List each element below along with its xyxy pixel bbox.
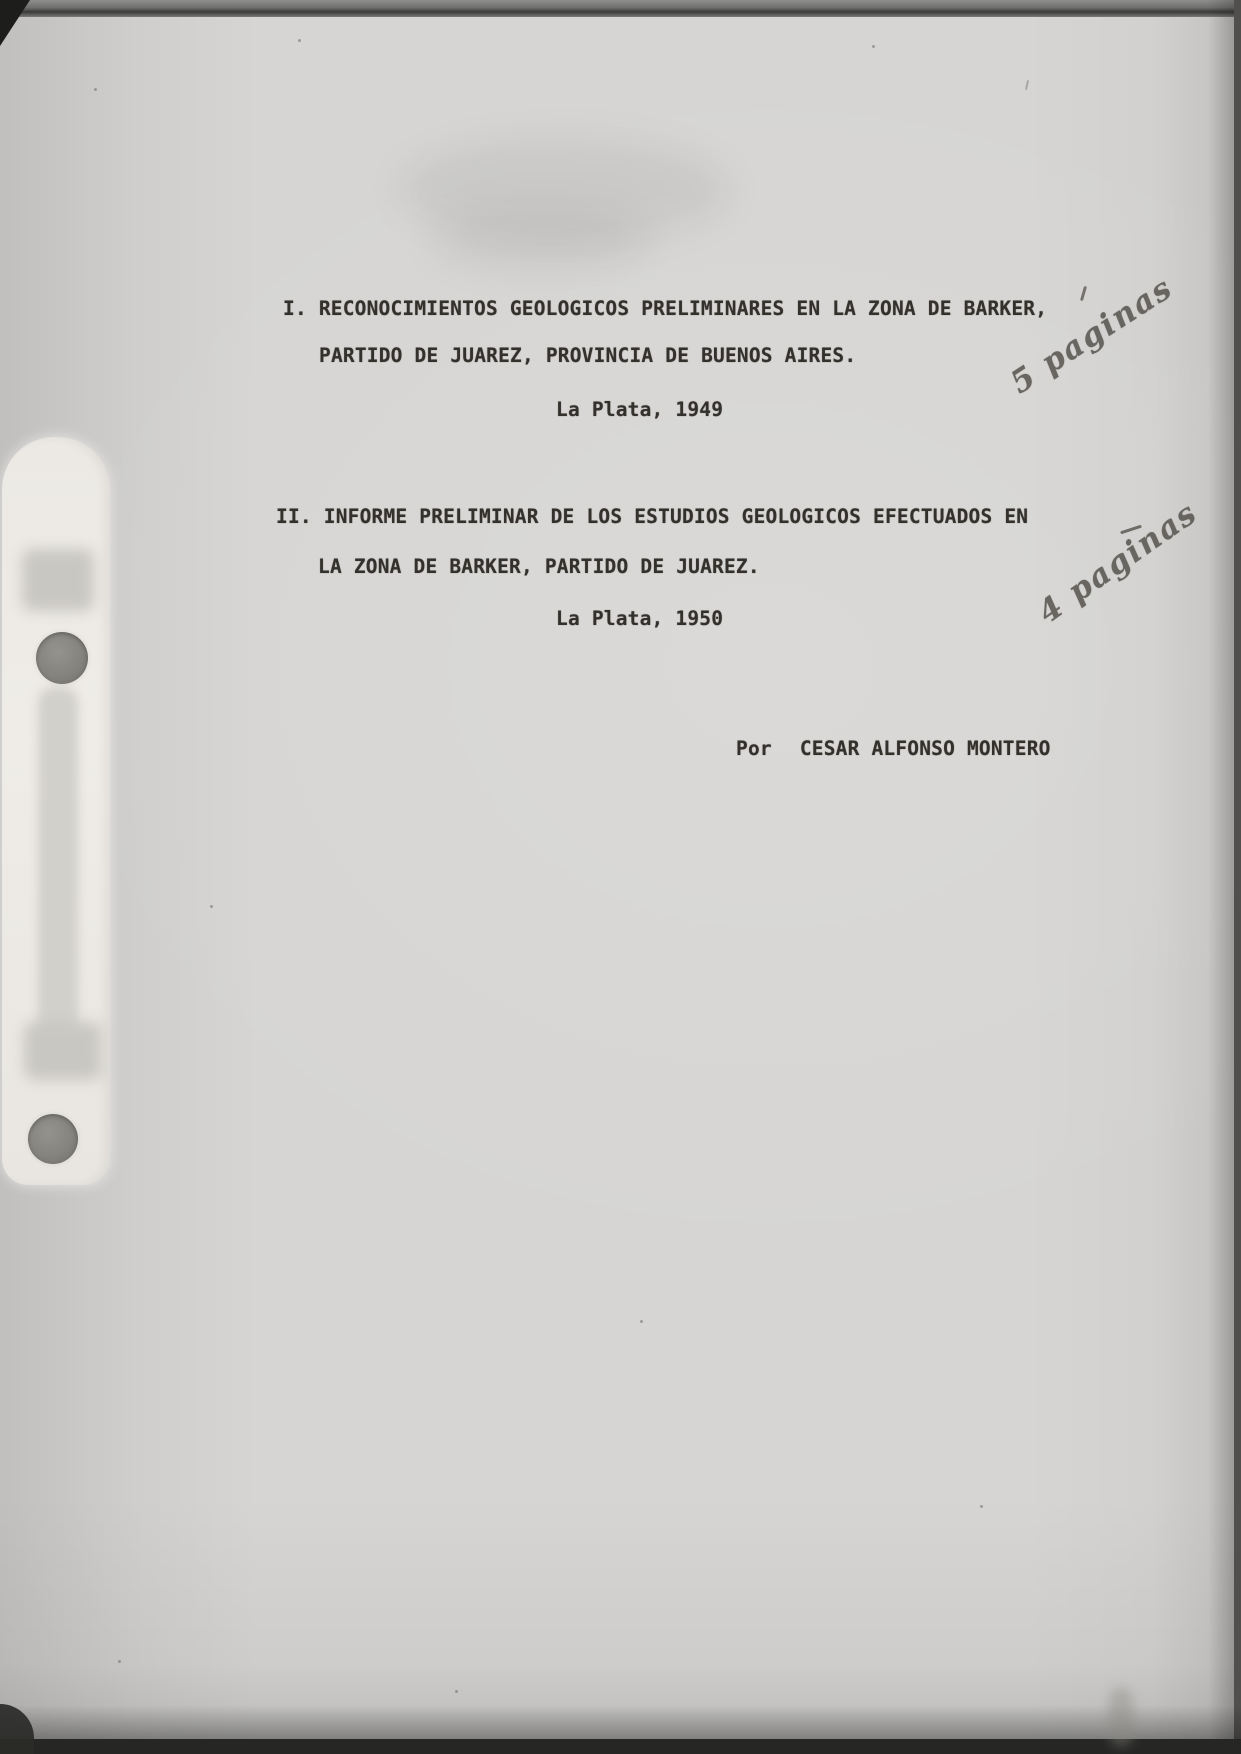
paper-speck xyxy=(455,1690,458,1693)
handwritten-annotation-entry-1: 5 paginas xyxy=(1004,270,1179,401)
pen-tick-mark xyxy=(1080,286,1087,301)
paper-speck xyxy=(872,45,875,48)
paper-speck xyxy=(298,39,301,42)
scan-edge-right xyxy=(1234,0,1241,1754)
paper-vignette xyxy=(0,0,1241,1754)
byline: PorCESAR ALFONSO MONTERO xyxy=(736,737,1051,760)
entry-1-title-line-2: PARTIDO DE JUAREZ, PROVINCIA DE BUENOS A… xyxy=(319,344,856,367)
scan-edge-bottom xyxy=(0,1739,1241,1754)
byline-prefix: Por xyxy=(736,737,772,760)
binder-fastener-strip xyxy=(2,437,110,1185)
paper-speck xyxy=(210,905,213,908)
byline-author: CESAR ALFONSO MONTERO xyxy=(800,737,1051,760)
paper-speck xyxy=(640,1320,643,1323)
entry-2-title-line-2: LA ZONA DE BARKER, PARTIDO DE JUAREZ. xyxy=(318,555,760,578)
scan-smudge xyxy=(1108,1688,1134,1746)
entry-1-title-line-1: I. RECONOCIMIENTOS GEOLOGICOS PRELIMINAR… xyxy=(283,297,1047,320)
paper-speck xyxy=(980,1505,983,1508)
entry-1-place-date: La Plata, 1949 xyxy=(556,398,723,421)
fastener-slot-shadow xyxy=(38,687,78,1047)
scan-edge-right-shadow xyxy=(1208,0,1234,1754)
paper-speck xyxy=(94,88,97,91)
scanned-document-page: I. RECONOCIMIENTOS GEOLOGICOS PRELIMINAR… xyxy=(0,0,1241,1754)
scan-edge-bottom-shadow xyxy=(0,1705,1241,1739)
entry-2-place-date: La Plata, 1950 xyxy=(556,607,723,630)
scan-corner-mark-top-left xyxy=(0,0,30,46)
fastener-shadow-band xyxy=(24,1022,102,1080)
paper-speck xyxy=(118,1660,121,1663)
punch-hole-bottom xyxy=(28,1114,78,1164)
punch-hole-top xyxy=(36,632,88,684)
scan-shadow-blob xyxy=(400,140,730,240)
scan-edge-top xyxy=(0,0,1241,17)
faint-pen-mark-top-right xyxy=(1025,80,1029,90)
entry-2-title-line-1: II. INFORME PRELIMINAR DE LOS ESTUDIOS G… xyxy=(276,505,1028,528)
scan-shadow-blob xyxy=(430,210,650,270)
handwritten-annotation-entry-2: 4 paginas xyxy=(1032,495,1205,631)
fastener-shadow-band xyxy=(22,549,94,611)
